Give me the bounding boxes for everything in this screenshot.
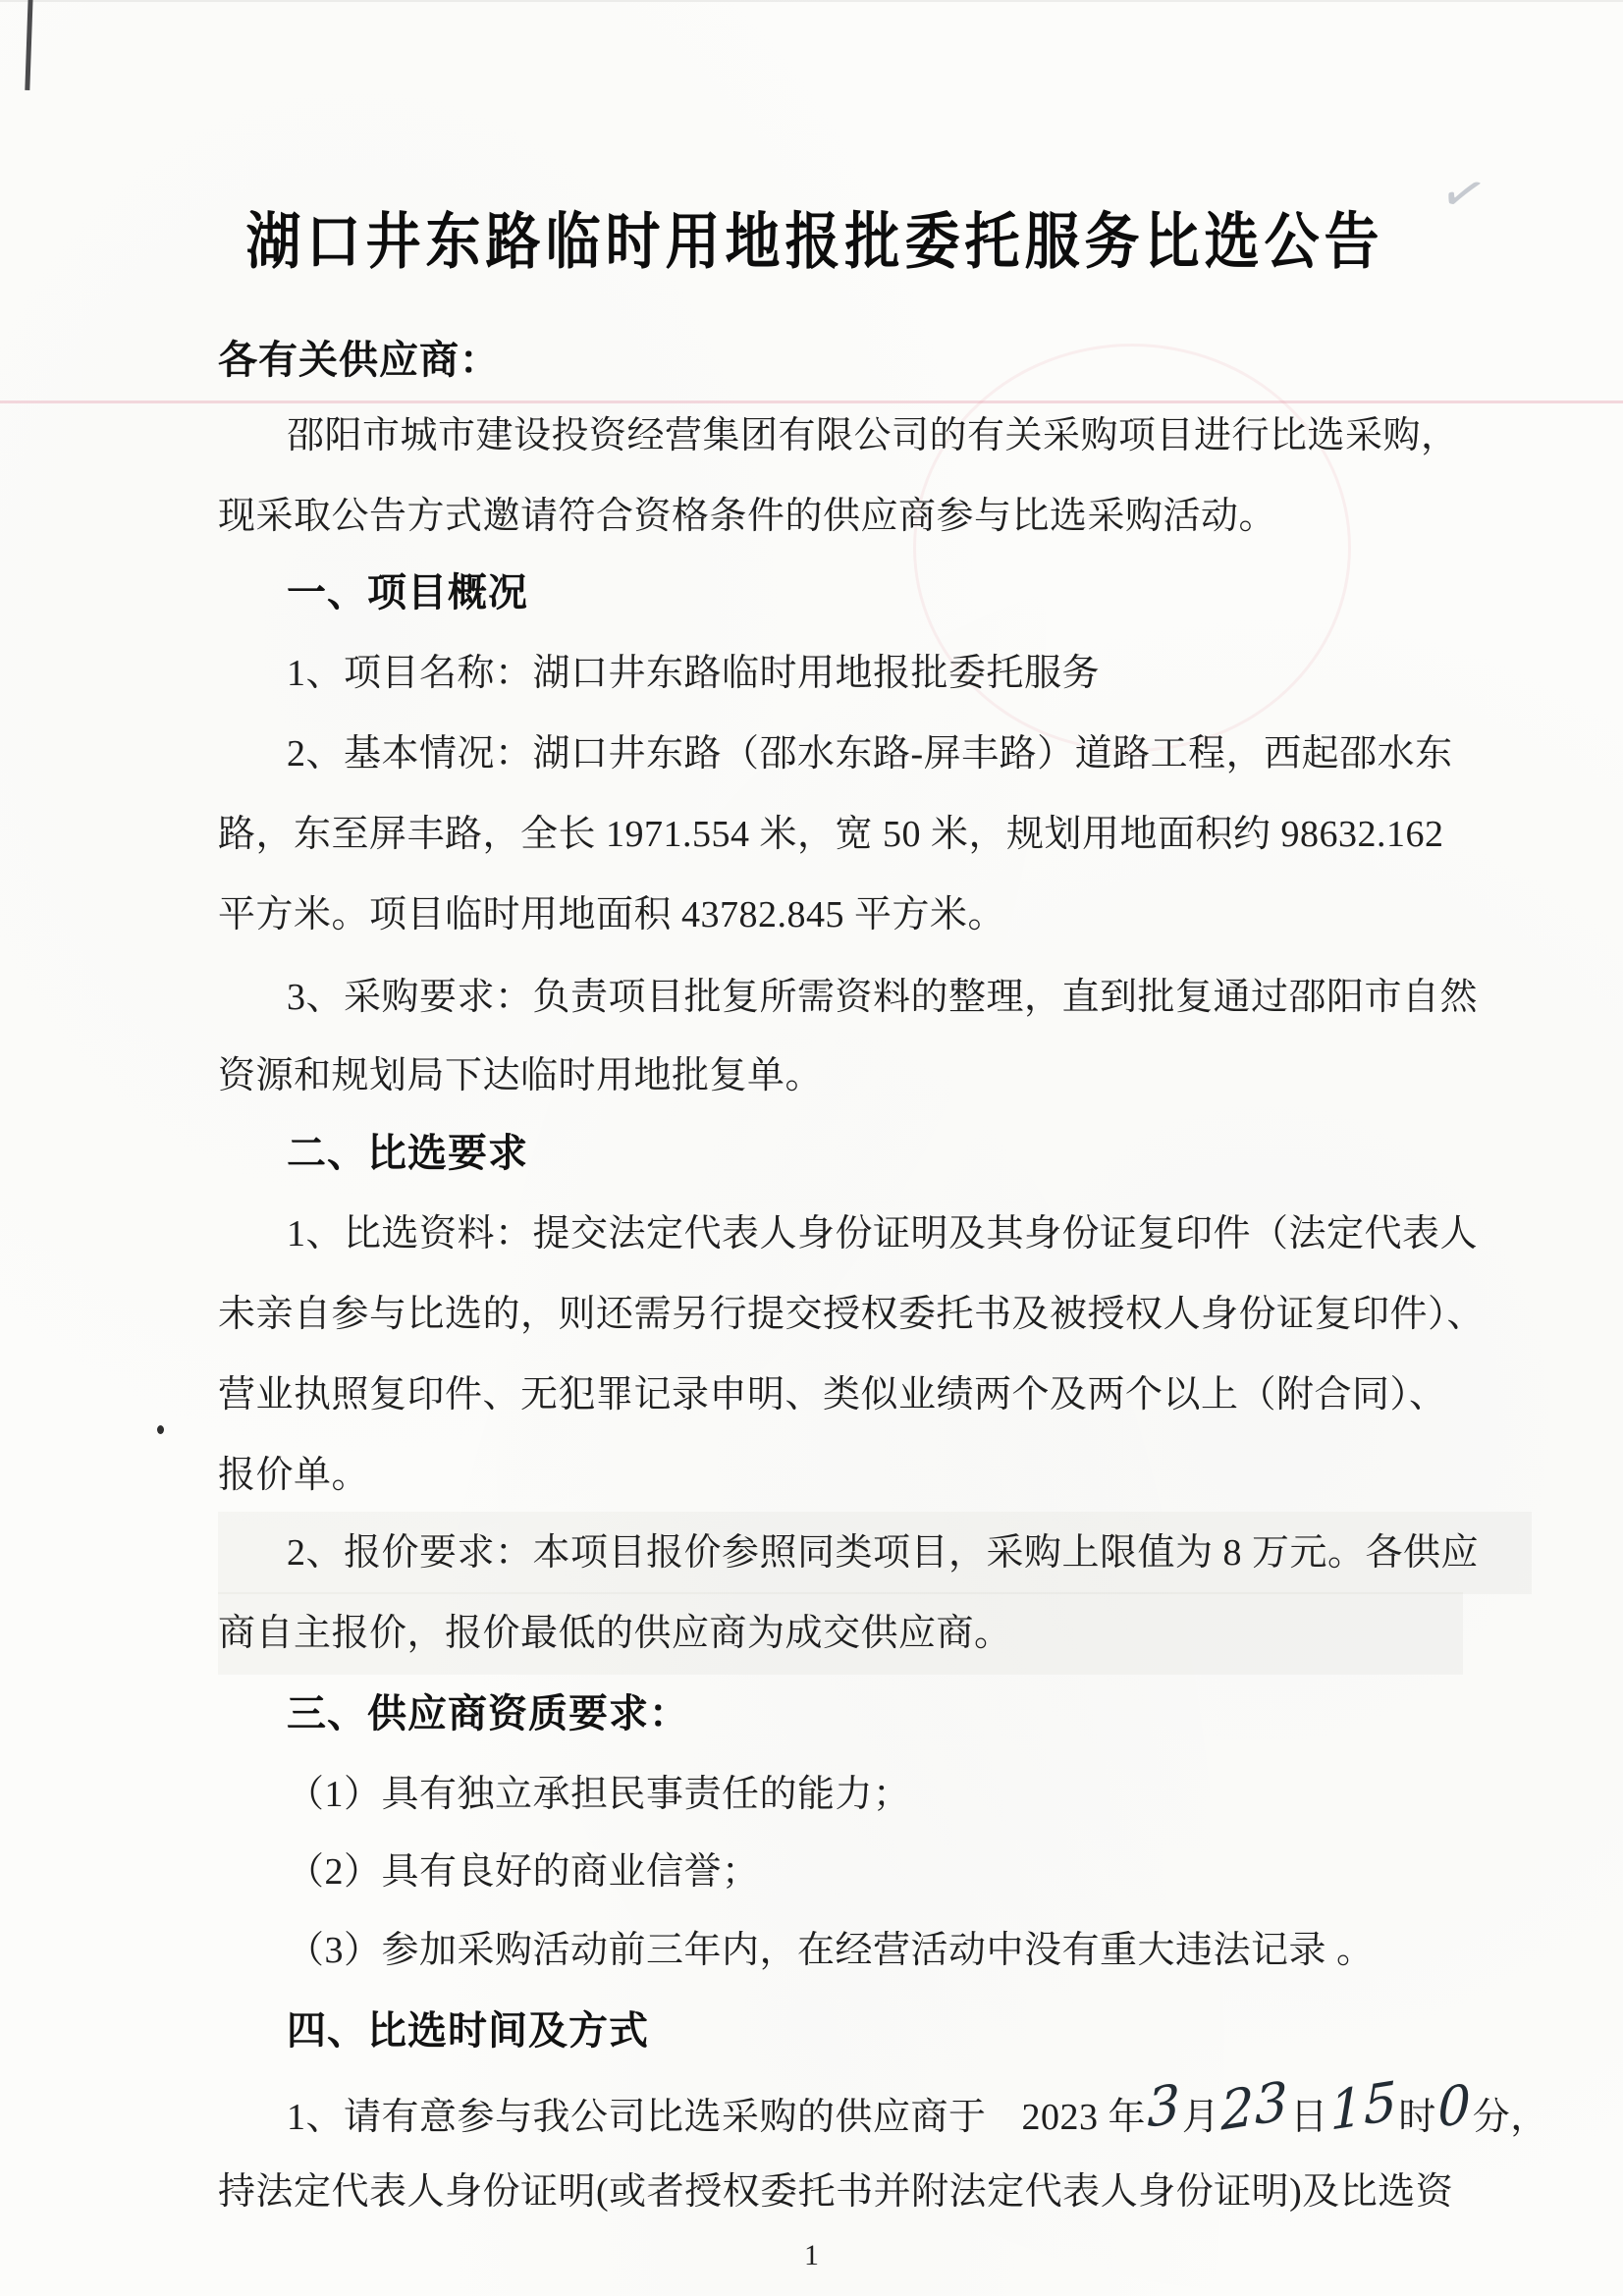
scan-top-edge-artifact xyxy=(0,0,1623,2)
section-heading-3: 三、供应商资质要求： xyxy=(218,1673,1532,1755)
section-heading-4: 四、比选时间及方式 xyxy=(218,1990,1532,2072)
item-basic-info-line-3: 平方米。项目临时用地面积 43782.845 平方米。 xyxy=(218,874,1463,956)
item-quote-req-line-2: 商自主报价，报价最低的供应商为成交供应商。 xyxy=(218,1592,1463,1675)
qualification-1: （1）具有独立承担民事责任的能力； xyxy=(218,1753,1532,1836)
section-heading-2: 二、比选要求 xyxy=(218,1112,1532,1195)
ink-dot-artifact xyxy=(157,1425,164,1434)
qualification-3: （3）参加采购活动前三年内，在经营活动中没有重大违法记录 。 xyxy=(218,1909,1532,1992)
document-title: 湖口井东路临时用地报批委托服务比选公告 xyxy=(187,188,1443,294)
handwritten-month: 3 xyxy=(1147,2062,1182,2151)
hour-unit: 时 xyxy=(1398,2097,1436,2138)
item-quote-req-line-1: 2、报价要求：本项目报价参照同类项目，采购上限值为 8 万元。各供应 xyxy=(218,1512,1532,1594)
handwritten-minute: 0 xyxy=(1436,2062,1472,2151)
handwritten-day: 23 xyxy=(1220,2059,1289,2154)
intro-line-1: 邵阳市城市建设投资经营集团有限公司的有关采购项目进行比选采购， xyxy=(218,395,1532,477)
minute-unit: 分， xyxy=(1473,2097,1548,2138)
month-unit: 月 xyxy=(1182,2097,1220,2138)
item-materials-line-3: 营业执照复印件、无犯罪记录申明、类似业绩两个及两个以上（附合同）、 xyxy=(218,1354,1463,1436)
item-basic-info-line-2: 路，东至屏丰路，全长 1971.554 米，宽 50 米，规划用地面积约 986… xyxy=(218,793,1463,876)
item-project-name: 1、项目名称：湖口井东路临时用地报批委托服务 xyxy=(218,632,1532,715)
page-number: 1 xyxy=(0,2226,1623,2285)
item-procurement-req-line-1: 3、采购要求：负责项目批复所需资料的整理，直到批复通过邵阳市自然 xyxy=(218,956,1532,1039)
salutation: 各有关供应商： xyxy=(218,319,1463,401)
item-materials-line-2: 未亲自参与比选的，则还需另行提交授权委托书及被授权人身份证复印件）、 xyxy=(218,1273,1463,1356)
item-basic-info-line-1: 2、基本情况：湖口井东路（邵水东路-屏丰路）道路工程，西起邵水东 xyxy=(218,713,1532,795)
deadline-continuation-line: 持法定代表人身份证明(或者授权委托书并附法定代表人身份证明)及比选资 xyxy=(218,2151,1463,2233)
item-materials-line-4: 报价单。 xyxy=(218,1434,1463,1517)
item-procurement-req-line-2: 资源和规划局下达临时用地批复单。 xyxy=(218,1035,1463,1117)
scan-left-edge-artifact xyxy=(25,0,32,90)
qualification-2: （2）具有良好的商业信誉； xyxy=(218,1831,1532,1913)
deadline-printed-prefix: 1、请有意参与我公司比选采购的供应商于 xyxy=(287,2097,987,2138)
day-unit: 日 xyxy=(1290,2097,1328,2138)
deadline-year: 2023 年 xyxy=(1022,2097,1147,2138)
handwritten-hour: 15 xyxy=(1328,2059,1397,2154)
intro-line-2: 现采取公告方式邀请符合资格条件的供应商参与比选采购活动。 xyxy=(218,475,1463,558)
section-heading-1: 一、项目概况 xyxy=(218,552,1532,634)
deadline-line: 1、请有意参与我公司比选采购的供应商于2023 年3月23日15时0分， xyxy=(218,2070,1532,2153)
scanned-document-page: ✓ 湖口井东路临时用地报批委托服务比选公告 各有关供应商： 邵阳市城市建设投资经… xyxy=(0,0,1623,2296)
item-materials-line-1: 1、比选资料：提交法定代表人身份证明及其身份证复印件（法定代表人 xyxy=(218,1193,1532,1275)
